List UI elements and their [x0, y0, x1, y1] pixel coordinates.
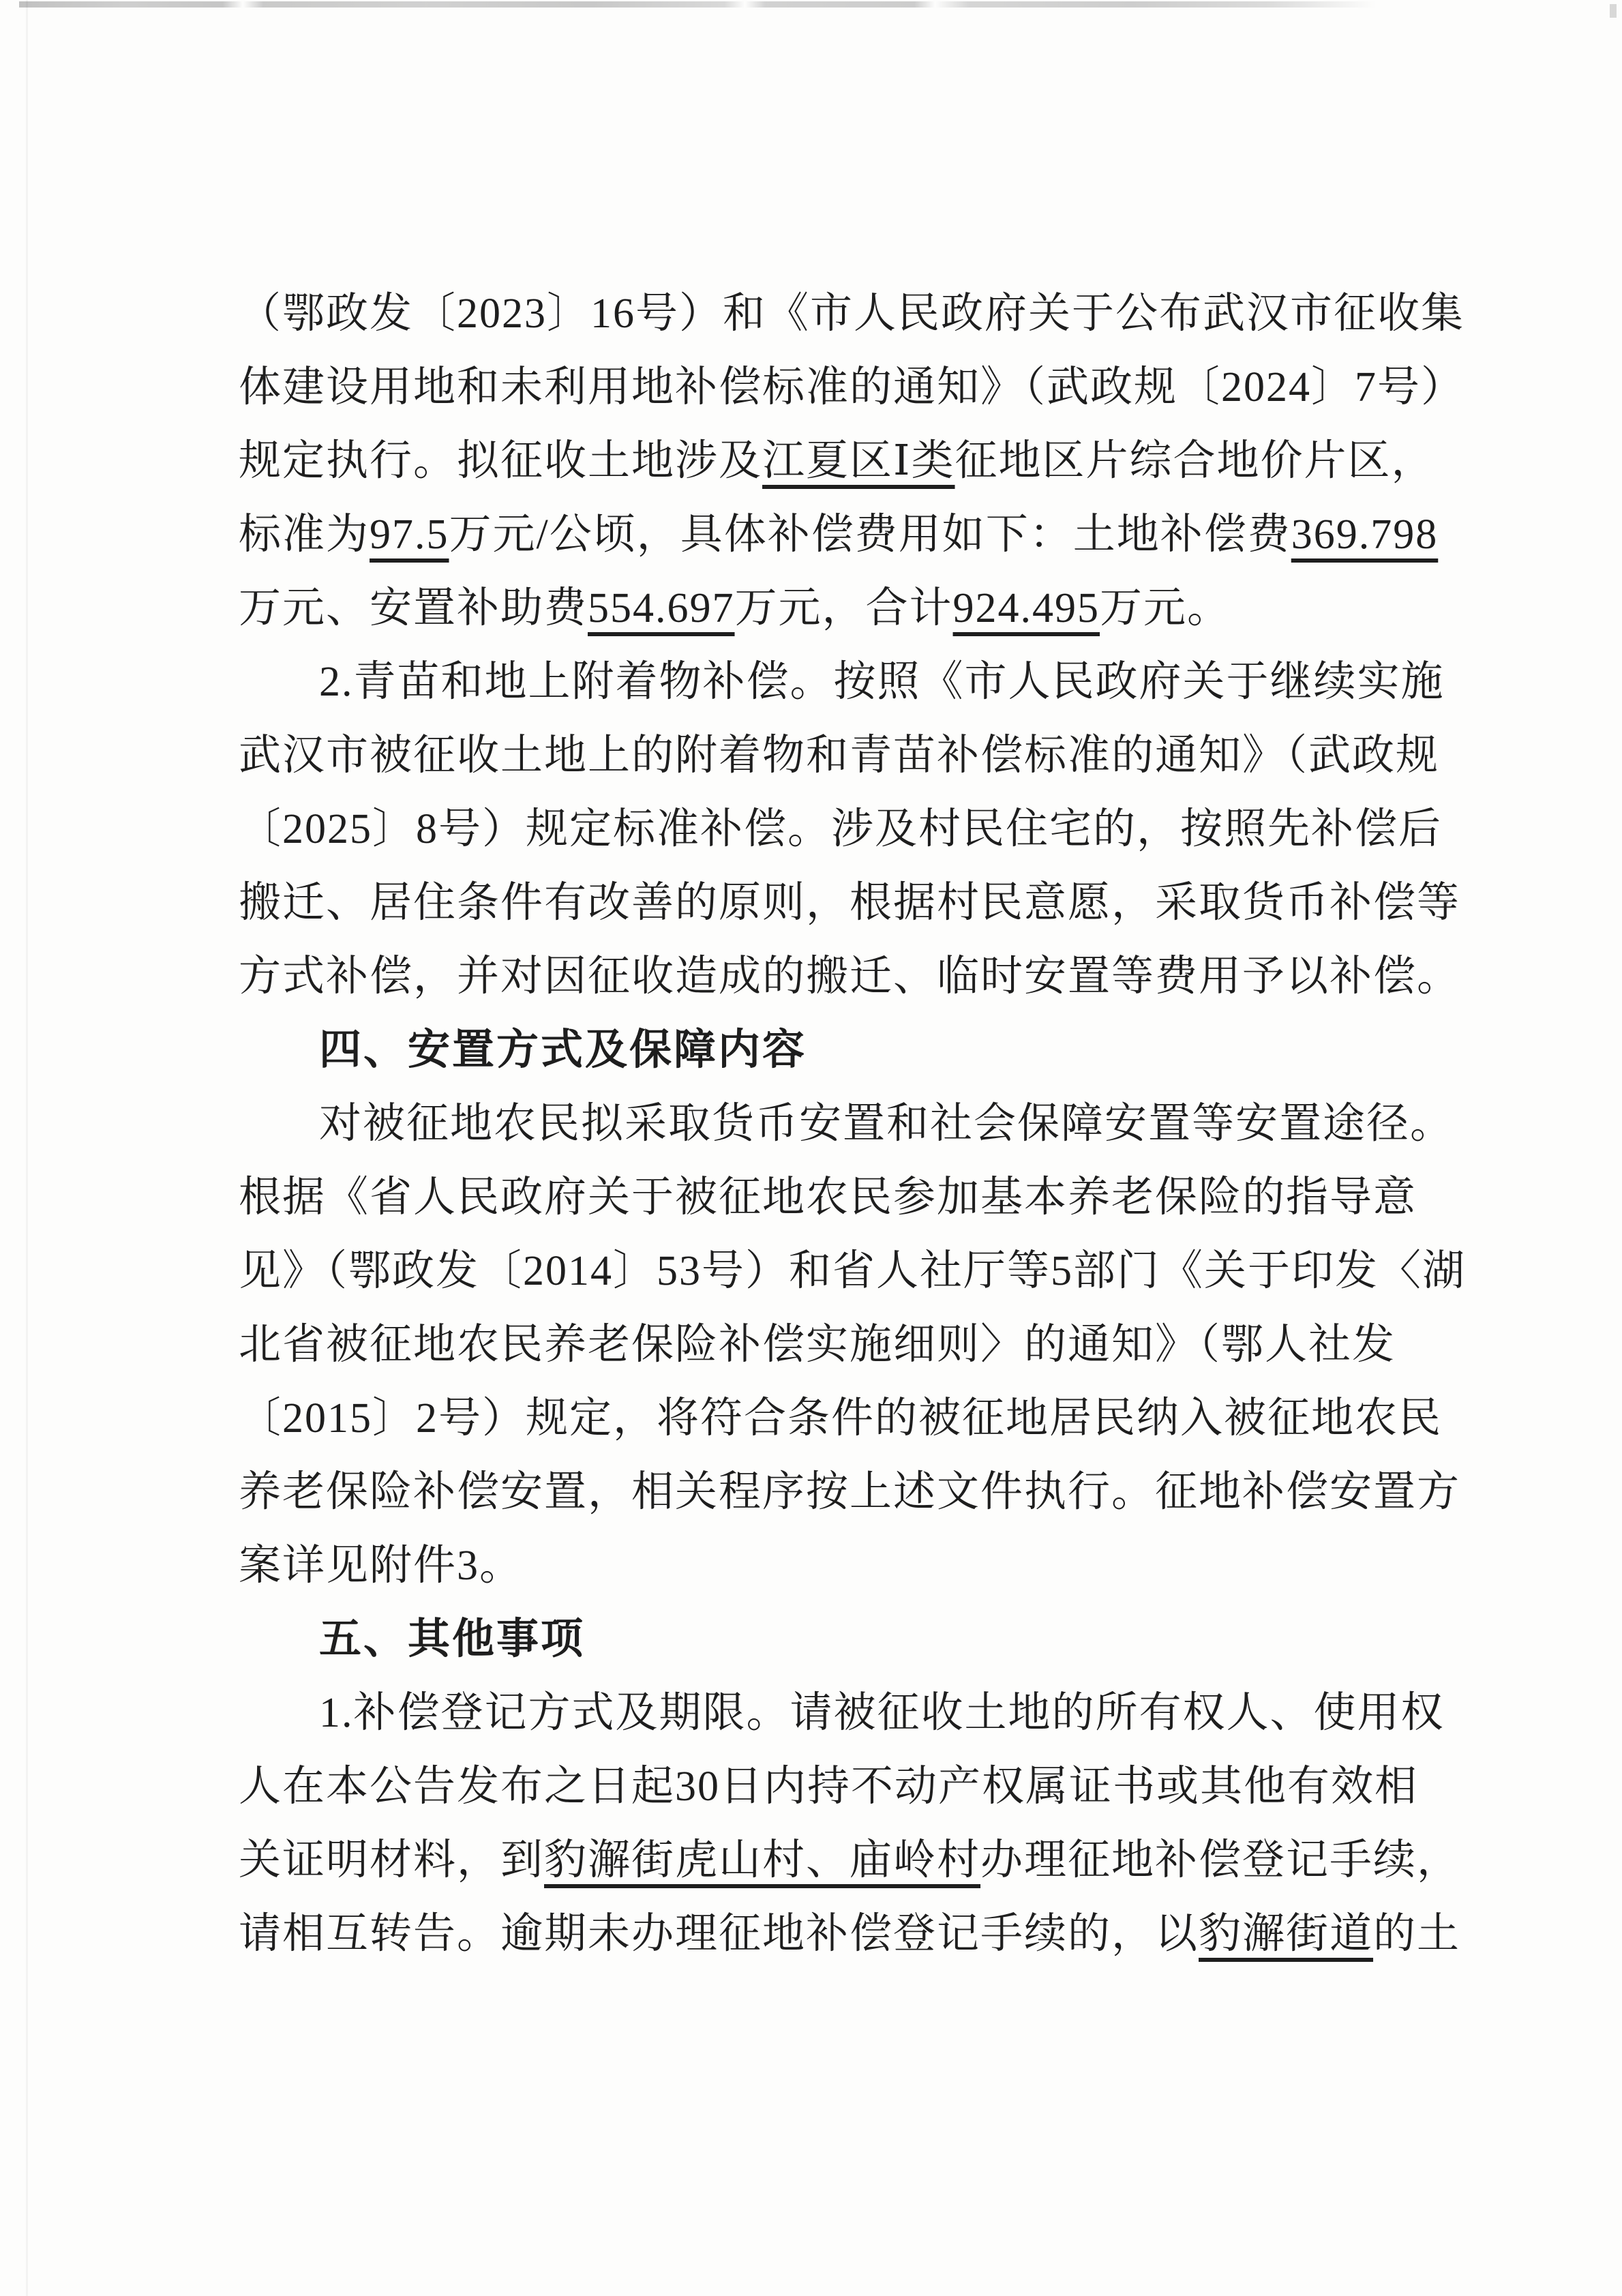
underlined-text: 97.5 — [370, 511, 449, 558]
scan-artifact-left-edge — [26, 0, 28, 2296]
text-segment: 标准为 — [239, 511, 370, 558]
text-segment: 2.青苗和地上附着物补偿。按照《市人民政府关于继续实施 — [319, 659, 1445, 705]
text-segment: 征地区片综合地价片区， — [955, 438, 1435, 484]
text-segment: 人在本公告发布之日起30日内持不动产权属证书或其他有效相 — [239, 1763, 1418, 1810]
scan-artifact-top-right — [1610, 4, 1617, 18]
text-segment: 搬迁、居住条件有改善的原则，根据村民意愿，采取货币补偿等 — [239, 880, 1460, 926]
text-segment: 四、安置方式及保障内容 — [319, 1026, 807, 1073]
text-line: 体建设用地和未利用地补偿标准的通知》（武政规〔2024〕7号） — [239, 351, 1414, 424]
text-line: 〔2025〕8号）规定标准补偿。涉及村民住宅的，按照先补偿后 — [239, 792, 1414, 866]
underlined-text: 369.798 — [1291, 511, 1439, 558]
section-heading: 五、其他事项 — [239, 1602, 1414, 1676]
text-segment: 根据《省人民政府关于被征地农民参加基本养老保险的指导意 — [239, 1174, 1417, 1221]
document-text-block: （鄂政发〔2023〕16号）和《市人民政府关于公布武汉市征收集体建设用地和未利用… — [239, 277, 1414, 1971]
text-line: 关证明材料，到豹澥街虎山村、庙岭村办理征地补偿登记手续， — [239, 1823, 1414, 1897]
text-segment: 请相互转告。逾期未办理征地补偿登记手续的，以 — [239, 1911, 1199, 1957]
text-segment: 对被征地农民拟采取货币安置和社会保障安置等安置途径。 — [319, 1101, 1454, 1147]
text-segment: 方式补偿，并对因征收造成的搬迁、临时安置等费用予以补偿。 — [239, 953, 1460, 1000]
text-line: 1.补偿登记方式及期限。请被征收土地的所有权人、使用权 — [239, 1676, 1414, 1750]
document-page: （鄂政发〔2023〕16号）和《市人民政府关于公布武汉市征收集体建设用地和未利用… — [0, 0, 1622, 2296]
text-segment: 万元。 — [1100, 585, 1231, 631]
text-segment: 办理征地补偿登记手续， — [980, 1837, 1460, 1883]
text-line: 案详见附件3。 — [239, 1529, 1414, 1602]
text-line: 〔2015〕2号）规定，将符合条件的被征地居民纳入被征地农民 — [239, 1382, 1414, 1455]
underlined-text: 豹澥街虎山村、庙岭村 — [544, 1837, 980, 1883]
underlined-text: 554.697 — [588, 585, 735, 631]
text-line: 人在本公告发布之日起30日内持不动产权属证书或其他有效相 — [239, 1750, 1414, 1823]
text-segment: 1.补偿登记方式及期限。请被征收土地的所有权人、使用权 — [319, 1690, 1445, 1736]
text-line: 标准为97.5万元/公顷，具体补偿费用如下：土地补偿费369.798 — [239, 498, 1414, 571]
text-segment: （鄂政发〔2023〕16号）和《市人民政府关于公布武汉市征收集 — [239, 290, 1465, 337]
text-segment: 〔2025〕8号）规定标准补偿。涉及村民住宅的，按照先补偿后 — [239, 806, 1442, 852]
text-segment: 武汉市被征收土地上的附着物和青苗补偿标准的通知》（武政规 — [239, 732, 1439, 779]
underlined-text: 924.495 — [953, 585, 1100, 631]
text-segment: 养老保险补偿安置，相关程序按上述文件执行。征地补偿安置方 — [239, 1469, 1460, 1515]
text-segment: 见》（鄂政发〔2014〕53号）和省人社厅等5部门《关于印发〈湖 — [239, 1248, 1466, 1294]
underlined-text: 豹澥街道 — [1199, 1911, 1373, 1957]
section-heading: 四、安置方式及保障内容 — [239, 1013, 1414, 1087]
text-line: 武汉市被征收土地上的附着物和青苗补偿标准的通知》（武政规 — [239, 719, 1414, 792]
text-segment: 案详见附件3。 — [239, 1542, 523, 1589]
text-segment: 体建设用地和未利用地补偿标准的通知》（武政规〔2024〕7号） — [239, 364, 1465, 411]
text-line: 养老保险补偿安置，相关程序按上述文件执行。征地补偿安置方 — [239, 1455, 1414, 1529]
scan-artifact-top-edge — [19, 1, 1376, 8]
text-line: （鄂政发〔2023〕16号）和《市人民政府关于公布武汉市征收集 — [239, 277, 1414, 351]
text-segment: 万元、安置补助费 — [239, 585, 588, 631]
text-segment: 规定执行。拟征收土地涉及 — [239, 438, 762, 484]
text-segment: 五、其他事项 — [319, 1615, 585, 1663]
text-line: 见》（鄂政发〔2014〕53号）和省人社厅等5部门《关于印发〈湖 — [239, 1234, 1414, 1308]
text-line: 方式补偿，并对因征收造成的搬迁、临时安置等费用予以补偿。 — [239, 940, 1414, 1013]
text-line: 请相互转告。逾期未办理征地补偿登记手续的，以豹澥街道的土 — [239, 1897, 1414, 1971]
text-segment: 北省被征地农民养老保险补偿实施细则〉的通知》（鄂人社发 — [239, 1322, 1396, 1368]
text-segment: 关证明材料，到 — [239, 1837, 544, 1883]
text-line: 搬迁、居住条件有改善的原则，根据村民意愿，采取货币补偿等 — [239, 866, 1414, 940]
text-segment: 的土 — [1373, 1911, 1460, 1957]
text-line: 对被征地农民拟采取货币安置和社会保障安置等安置途径。 — [239, 1087, 1414, 1161]
text-line: 万元、安置补助费554.697万元，合计924.495万元。 — [239, 571, 1414, 645]
text-line: 规定执行。拟征收土地涉及江夏区Ⅰ类征地区片综合地价片区， — [239, 424, 1414, 498]
text-line: 北省被征地农民养老保险补偿实施细则〉的通知》（鄂人社发 — [239, 1308, 1414, 1382]
text-line: 2.青苗和地上附着物补偿。按照《市人民政府关于继续实施 — [239, 645, 1414, 719]
underlined-text: 江夏区Ⅰ类 — [762, 438, 955, 484]
text-segment: 万元/公顷，具体补偿费用如下：土地补偿费 — [449, 511, 1291, 558]
text-segment: 〔2015〕2号）规定，将符合条件的被征地居民纳入被征地农民 — [239, 1395, 1442, 1442]
text-segment: 万元，合计 — [735, 585, 953, 631]
text-line: 根据《省人民政府关于被征地农民参加基本养老保险的指导意 — [239, 1161, 1414, 1234]
